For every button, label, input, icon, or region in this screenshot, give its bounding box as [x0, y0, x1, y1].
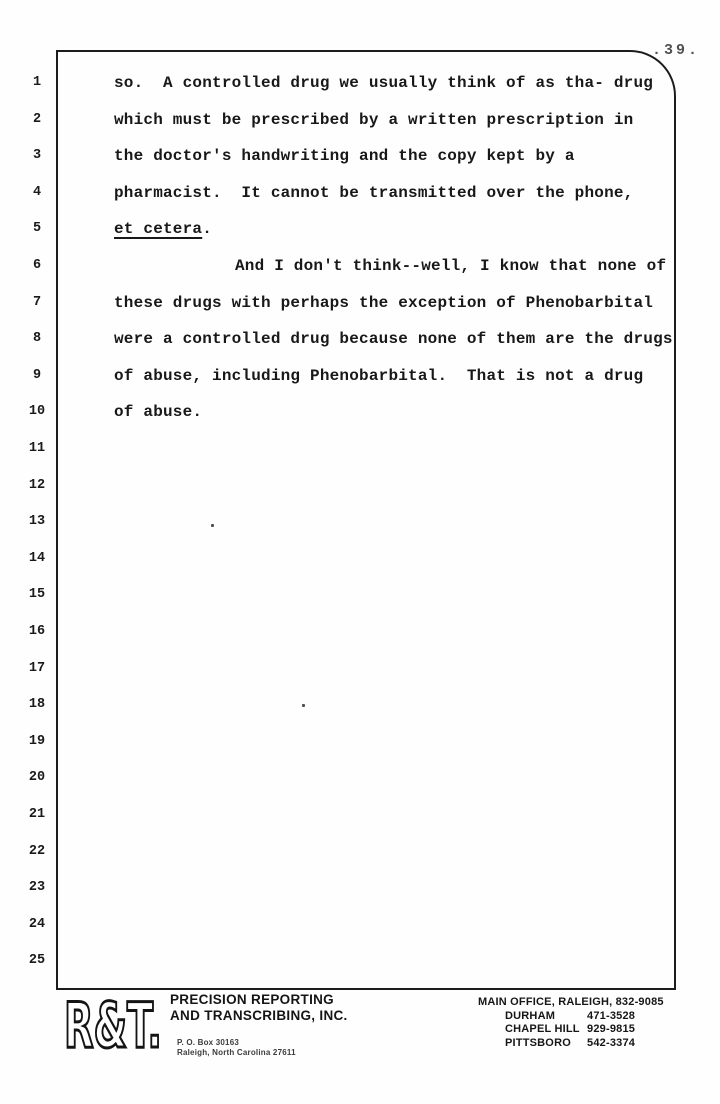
transcript-line: And I don't think--well, I know that non… — [114, 256, 720, 277]
line-number: 25 — [22, 953, 52, 968]
line-number: 22 — [22, 844, 52, 859]
line-number: 19 — [22, 734, 52, 749]
transcript-line: of abuse. — [114, 402, 674, 423]
transcript-line: were a controlled drug because none of t… — [114, 329, 674, 350]
address-line2: Raleigh, North Carolina 27611 — [177, 1048, 296, 1058]
company-name-line2: AND TRANSCRIBING, INC. — [170, 1008, 348, 1024]
line-number: 1 — [22, 75, 52, 90]
office-city: CHAPEL HILL — [505, 1023, 587, 1037]
line-number: 4 — [22, 185, 52, 200]
prt-logo: R&T. — [62, 991, 164, 1059]
line-number: 18 — [22, 697, 52, 712]
office-phone: 471-3528 — [587, 1010, 635, 1022]
office-city: PITTSBORO — [505, 1037, 587, 1051]
line-number: 20 — [22, 770, 52, 785]
line-number: 2 — [22, 112, 52, 127]
line-number: 7 — [22, 295, 52, 310]
scanned-transcript-page: .39. 12345678910111213141516171819202122… — [0, 0, 720, 1104]
line-number: 15 — [22, 587, 52, 602]
line-number: 9 — [22, 368, 52, 383]
line-number: 8 — [22, 331, 52, 346]
line-number: 23 — [22, 880, 52, 895]
line-number: 14 — [22, 551, 52, 566]
ink-speck — [302, 704, 305, 707]
office-phone-row: PITTSBORO542-3374 — [478, 1037, 664, 1051]
underlined-text: et cetera — [114, 220, 202, 238]
transcript-line: of abuse, including Phenobarbital. That … — [114, 366, 674, 387]
office-phone-list: MAIN OFFICE, RALEIGH, 832-9085 DURHAM471… — [478, 996, 664, 1050]
line-number: 21 — [22, 807, 52, 822]
office-phone-row: CHAPEL HILL929-9815 — [478, 1023, 664, 1037]
line-number: 5 — [22, 221, 52, 236]
company-address: P. O. Box 30163 Raleigh, North Carolina … — [177, 1038, 296, 1057]
page-number: .39. — [652, 42, 700, 59]
line-number: 17 — [22, 661, 52, 676]
address-line1: P. O. Box 30163 — [177, 1038, 296, 1048]
line-number: 3 — [22, 148, 52, 163]
logo-text: R&T. — [64, 991, 162, 1059]
line-number: 12 — [22, 478, 52, 493]
office-phone-row: DURHAM471-3528 — [478, 1010, 664, 1024]
transcript-line: so. A controlled drug we usually think o… — [114, 73, 674, 94]
office-phone: 542-3374 — [587, 1037, 635, 1049]
line-number: 16 — [22, 624, 52, 639]
company-name: PRECISION REPORTING AND TRANSCRIBING, IN… — [170, 992, 348, 1024]
transcript-line: these drugs with perhaps the exception o… — [114, 293, 674, 314]
line-number: 11 — [22, 441, 52, 456]
office-city: DURHAM — [505, 1010, 587, 1024]
company-name-line1: PRECISION REPORTING — [170, 992, 348, 1008]
office-rows: DURHAM471-3528CHAPEL HILL929-9815PITTSBO… — [478, 1010, 664, 1051]
main-office-line: MAIN OFFICE, RALEIGH, 832-9085 — [478, 996, 664, 1010]
line-number: 13 — [22, 514, 52, 529]
transcript-line: which must be prescribed by a written pr… — [114, 110, 674, 131]
transcript-line: the doctor's handwriting and the copy ke… — [114, 146, 674, 167]
transcript-line: et cetera. — [114, 219, 674, 240]
line-number: 24 — [22, 917, 52, 932]
ink-speck — [211, 524, 214, 527]
line-number: 6 — [22, 258, 52, 273]
line-number: 10 — [22, 404, 52, 419]
office-phone: 929-9815 — [587, 1023, 635, 1035]
transcript-line: pharmacist. It cannot be transmitted ove… — [114, 183, 674, 204]
